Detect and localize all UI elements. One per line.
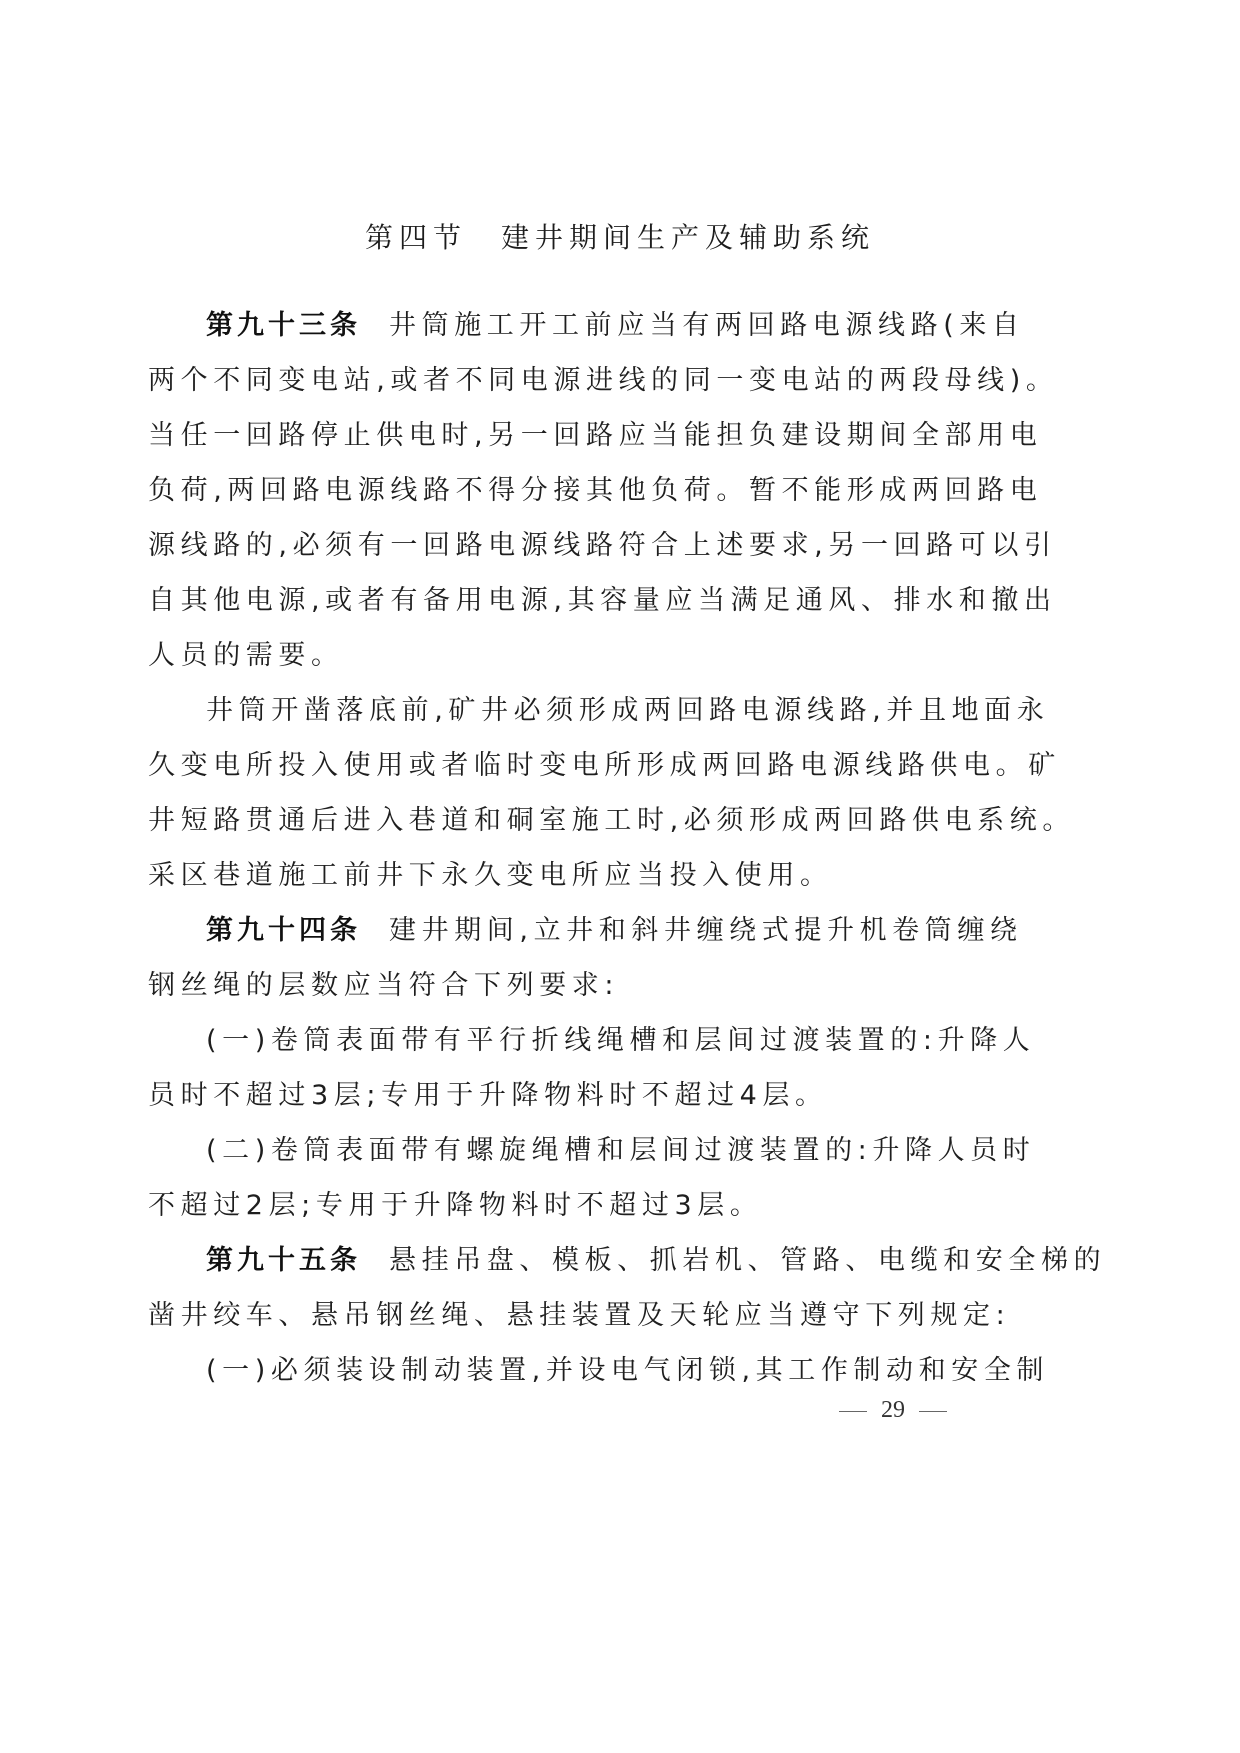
article-93-para2-line-4: 采区巷道施工前井下永久变电所应当投入使用。 [148,848,964,903]
article-93-line-4: 负荷,两回路电源线路不得分接其他负荷。暂不能形成两回路电 [148,463,964,518]
article-94-item-1-line-2: 员时不超过3层;专用于升降物料时不超过4层。 [148,1068,964,1123]
article-94-line-2: 钢丝绳的层数应当符合下列要求: [148,958,964,1013]
article-number: 第九十四条 [206,915,361,946]
article-text: 建井期间,立井和斜井缠绕式提升机卷筒缠绕 [389,915,1023,946]
article-93-line-5: 源线路的,必须有一回路电源线路符合上述要求,另一回路可以引 [148,518,964,573]
article-95-line-1: 第九十五条悬挂吊盘、模板、抓岩机、管路、电缆和安全梯的 [148,1233,964,1288]
article-94-item-1-line-1: (一)卷筒表面带有平行折线绳槽和层间过渡装置的:升降人 [148,1013,964,1068]
article-94-item-2-line-2: 不超过2层;专用于升降物料时不超过3层。 [148,1178,964,1233]
page-number-value: 29 [881,1397,905,1423]
article-95-item-1-line-1: (一)必须装设制动装置,并设电气闭锁,其工作制动和安全制 [148,1343,964,1398]
article-number: 第九十五条 [206,1245,361,1276]
article-93-line-2: 两个不同变电站,或者不同电源进线的同一变电站的两段母线)。 [148,353,964,408]
dash-right-decoration [919,1411,947,1412]
document-body: 第九十三条井筒施工开工前应当有两回路电源线路(来自 两个不同变电站,或者不同电源… [148,298,964,1398]
article-93-line-3: 当任一回路停止供电时,另一回路应当能担负建设期间全部用电 [148,408,964,463]
article-93-para2-line-3: 井短路贯通后进入巷道和硐室施工时,必须形成两回路供电系统。 [148,793,964,848]
article-number: 第九十三条 [206,310,361,341]
document-page: 第四节建井期间生产及辅助系统 第九十三条井筒施工开工前应当有两回路电源线路(来自… [0,0,1240,1753]
article-93-line-7: 人员的需要。 [148,628,964,683]
article-95-line-2: 凿井绞车、悬吊钢丝绳、悬挂装置及天轮应当遵守下列规定: [148,1288,964,1343]
section-heading: 第四节建井期间生产及辅助系统 [0,218,1240,258]
dash-left-decoration [839,1411,867,1412]
article-text: 悬挂吊盘、模板、抓岩机、管路、电缆和安全梯的 [389,1245,1106,1276]
article-93-line-6: 自其他电源,或者有备用电源,其容量应当满足通风、排水和撤出 [148,573,964,628]
article-text: 井筒施工开工前应当有两回路电源线路(来自 [389,310,1025,341]
article-93-para2-line-2: 久变电所投入使用或者临时变电所形成两回路电源线路供电。矿 [148,738,964,793]
article-93-para2-line-1: 井筒开凿落底前,矿井必须形成两回路电源线路,并且地面永 [148,683,964,738]
article-94-line-1: 第九十四条建井期间,立井和斜井缠绕式提升机卷筒缠绕 [148,903,964,958]
section-number: 第四节 [365,221,467,254]
page-number: 29 [818,1395,968,1425]
article-94-item-2-line-1: (二)卷筒表面带有螺旋绳槽和层间过渡装置的:升降人员时 [148,1123,964,1178]
article-93-line-1: 第九十三条井筒施工开工前应当有两回路电源线路(来自 [148,298,964,353]
section-title-text: 建井期间生产及辅助系统 [501,221,875,254]
